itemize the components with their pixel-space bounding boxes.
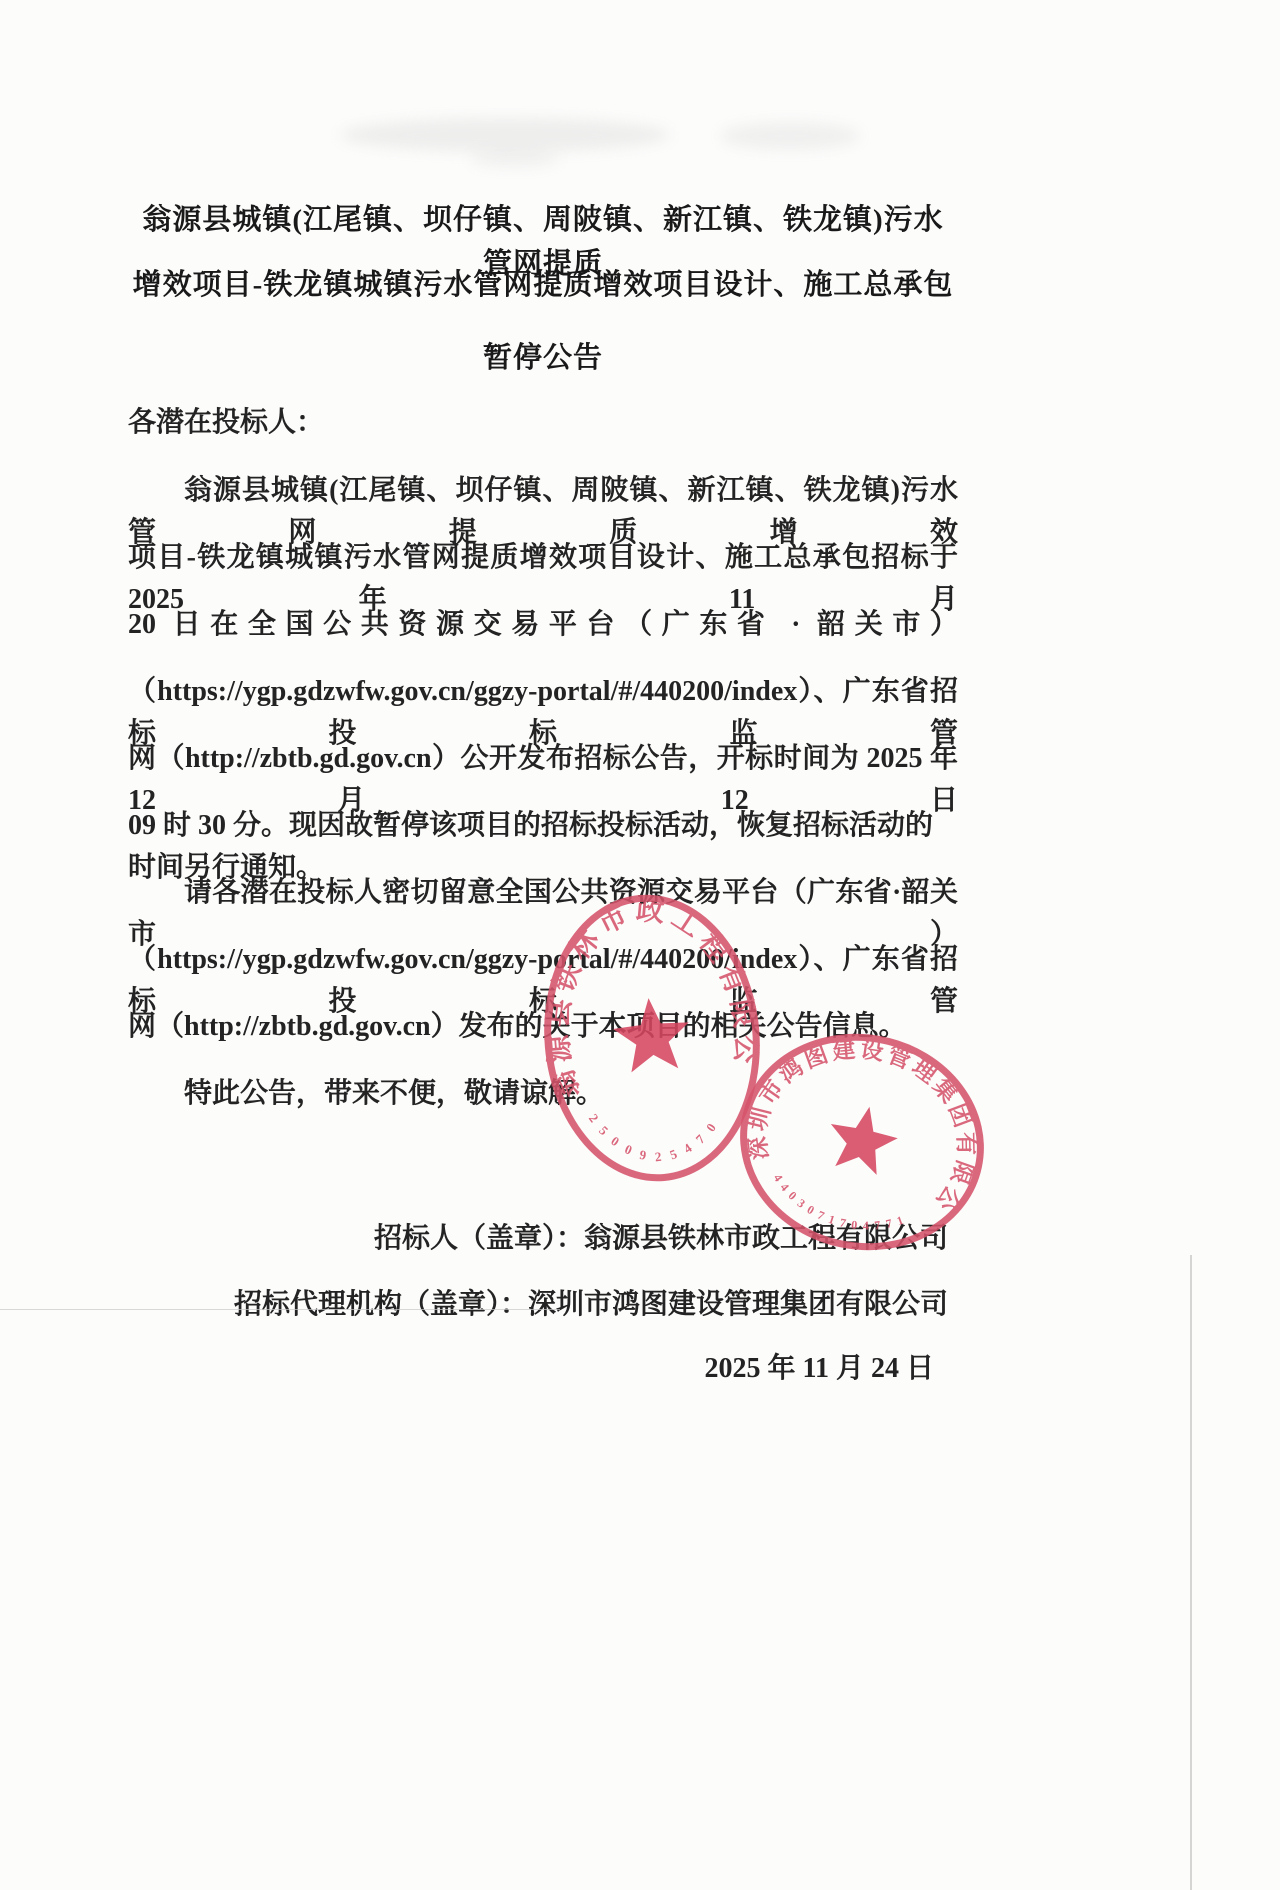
- star-icon: [611, 995, 693, 1074]
- date-line: 2025 年 11 月 24 日: [128, 1348, 958, 1390]
- seal-ring-text: 翁源县铁林市政工程有限公司: [525, 879, 766, 1105]
- announcement-page: 翁源县城镇(江尾镇、坝仔镇、周陂镇、新江镇、铁龙镇)污水管网提质 增效项目-铁龙…: [0, 0, 1280, 1890]
- svg-text:翁源县铁林市政工程有限公司: 翁源县铁林市政工程有限公司: [525, 879, 766, 1105]
- para1-line-2: 项目-铁龙镇城镇污水管网提质增效项目设计、施工总承包招标于 2025 年 11 …: [128, 537, 958, 579]
- salutation: 各潜在投标人：: [128, 402, 958, 444]
- para1-line-5: 网（http://zbtb.gd.gov.cn）公开发布招标公告，开标时间为 2…: [128, 738, 958, 780]
- title-line-1: 翁源县城镇(江尾镇、坝仔镇、周陂镇、新江镇、铁龙镇)污水管网提质: [128, 198, 958, 242]
- seal-code-text: 4403071704771: [763, 1169, 916, 1243]
- scan-artifact: [0, 1309, 560, 1310]
- para1-line-1: 翁源县城镇(江尾镇、坝仔镇、周陂镇、新江镇、铁龙镇)污水管网提质增效: [128, 470, 958, 512]
- para1-line-6: 09 时 30 分。现因故暂停该项目的招标投标活动，恢复招标活动的时间另行通知。: [128, 805, 958, 847]
- scan-artifact: [720, 122, 860, 150]
- agency-signature-line: 招标代理机构（盖章）：深圳市鸿图建设管理集团有限公司: [128, 1284, 958, 1326]
- star-icon: [822, 1100, 902, 1178]
- title-line-3: 暂停公告: [128, 336, 958, 380]
- scan-artifact: [340, 118, 670, 152]
- scan-artifact: [1190, 1255, 1192, 1890]
- para1-line-3: 20 日在全国公共资源交易平台（广东省 · 韶关市）: [128, 604, 958, 646]
- svg-text:4403071704771: 4403071704771: [763, 1169, 916, 1243]
- scan-artifact: [470, 150, 560, 168]
- title-line-2: 增效项目-铁龙镇城镇污水管网提质增效项目设计、施工总承包: [128, 263, 958, 307]
- para1-line-4: （https://ygp.gdzwfw.gov.cn/ggzy-portal/#…: [128, 671, 958, 713]
